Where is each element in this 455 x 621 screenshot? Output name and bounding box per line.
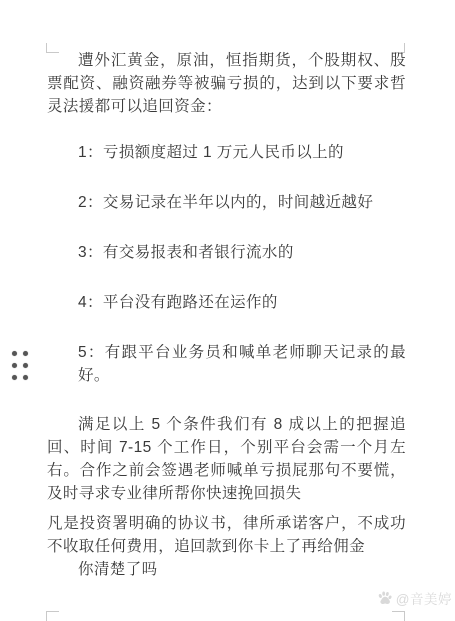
drag-handle-dot [12, 351, 17, 356]
intro-paragraph: 遭外汇黄金，原油，恒指期货，个股期权、股票配资、融资融券等被骗亏损的，达到以下要… [47, 49, 406, 118]
baidu-paw-icon [377, 590, 393, 606]
list-item: 2：交易记录在半年以内的，时间越近越好 [47, 191, 406, 214]
drag-handle-dot [12, 375, 17, 380]
summary-paragraph: 满足以上 5 个条件我们有 8 成以上的把握追回、时间 7-15 个工作日，个别… [47, 413, 406, 505]
list-item: 5：有跟平台业务员和喊单老师聊天记录的最好。 [47, 341, 406, 387]
drag-handle[interactable] [12, 351, 28, 380]
drag-handle-dot [23, 375, 28, 380]
watermark: @音美婷 [377, 588, 452, 608]
condition-list: 1：亏损额度超过 1 万元人民币以上的 2：交易记录在半年以内的，时间越近越好 … [47, 141, 406, 387]
promise-paragraph: 凡是投资署明确的协议书，律所承诺客户，不成功不收取任何费用，追回款到你卡上了再给… [47, 512, 406, 558]
watermark-handle: @音美婷 [396, 588, 452, 608]
drag-handle-dot [12, 363, 17, 368]
crop-mark-bottom-right [392, 611, 405, 621]
list-item: 3：有交易报表和者银行流水的 [47, 241, 406, 264]
question-paragraph: 你清楚了吗 [47, 558, 406, 581]
list-item: 4：平台没有跑路还在运作的 [47, 291, 406, 314]
document-page: 遭外汇黄金，原油，恒指期货，个股期权、股票配资、融资融券等被骗亏损的，达到以下要… [0, 0, 455, 621]
drag-handle-dot [23, 363, 28, 368]
drag-handle-dot [23, 351, 28, 356]
list-item: 1：亏损额度超过 1 万元人民币以上的 [47, 141, 406, 164]
crop-mark-bottom-left [46, 611, 59, 621]
document-body: 遭外汇黄金，原油，恒指期货，个股期权、股票配资、融资融券等被骗亏损的，达到以下要… [47, 49, 406, 581]
